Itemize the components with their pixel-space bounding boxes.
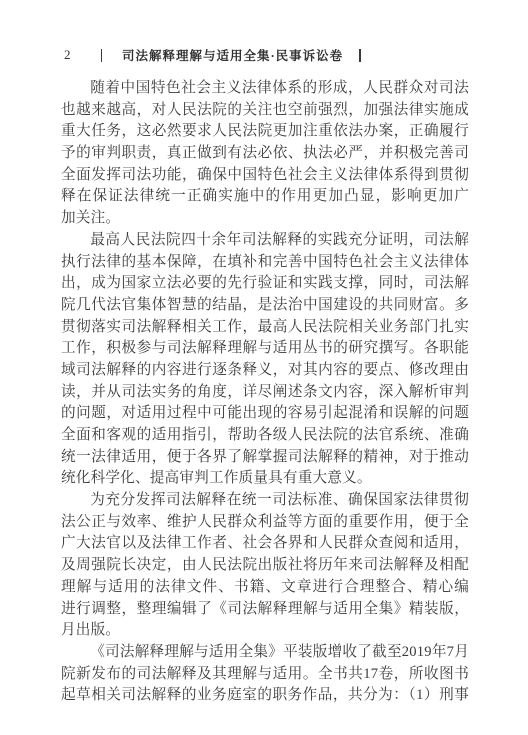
page-header: 2 司法解释理解与适用全集·民事诉讼卷 [64,46,361,64]
text-line: 域司法解释的内容进行逐条释义，对其内容的要点、修改理由进行重点解 [61,360,469,382]
text-line: 起草相关司法解释的业务庭室的职务作品，共分为：（1）刑事卷；（2）刑 [61,685,469,707]
book-page: 2 司法解释理解与适用全集·民事诉讼卷 随着中国特色社会主义法律体系的形成，人民… [0,0,528,735]
paragraph: 《司法解释理解与适用全集》平装版增收了截至2019年7月最高人民法院新发布的司法… [61,642,469,707]
text-line: 重大任务，这必然要求人民法院更加注重依法办案，正确履行宪法和法律赋 [61,121,469,143]
text-line: 出，成为国家立法必要的先行验证和实践支撑，同时，司法解释也是全国法 [61,273,469,295]
text-line: 广大法官以及法律工作者、社会各界和人民群众查阅和适用，最高人民法院 [61,533,469,555]
text-line: 为充分发挥司法解释在统一司法标准、确保国家法律贯彻实施、保障司 [61,490,469,512]
text-line: 释在保证法律统一正确实施中的作用更加凸显，影响更加广泛，社会各界更 [61,186,469,208]
text-line: 予的审判职责，真正做到有法必依、执法必严，并积极完善司法工作机制， [61,143,469,165]
paragraph: 随着中国特色社会主义法律体系的形成，人民群众对司法的要求和期待也越来越高，对人民… [61,78,469,230]
text-line: 进行调整，整理编辑了《司法解释理解与适用全集》精装版，已于2018年8 [61,599,469,621]
text-line: 理解与适用的法律文件、书籍、文章进行合理整合、精心编排，对部分内容 [61,577,469,599]
header-divider-right [359,49,361,62]
text-line: 《司法解释理解与适用全集》平装版增收了截至2019年7月最高人民法 [61,642,469,664]
text-line: 的问题，对适用过程中可能出现的容易引起混淆和误解的问题进行了尽可能 [61,403,469,425]
text-line: 月出版。 [61,620,469,642]
text-line: 工作，积极参与司法解释理解与适用丛书的研究撰写。各职能部门对相关领 [61,338,469,360]
header-divider-left [101,49,103,62]
text-line: 全面和客观的适用指引，帮助各级人民法院的法官系统、准确理解与适用， [61,425,469,447]
text-line: 加关注。 [61,208,469,230]
page-body: 随着中国特色社会主义法律体系的形成，人民群众对司法的要求和期待也越来越高，对人民… [61,78,469,707]
book-title: 司法解释理解与适用全集·民事诉讼卷 [122,46,343,64]
text-line: 读，并从司法实务的角度，详尽阐述条文内容，深入解析审判实践中应注意 [61,382,469,404]
text-line: 统一法律适用，便于各界了解掌握司法解释的精神，对于推动我国法律的系 [61,447,469,469]
paragraph: 为充分发挥司法解释在统一司法标准、确保国家法律贯彻实施、保障司法公正与效率、维护… [61,490,469,642]
text-line: 及周强院长决定，由人民法院出版社将历年来司法解释及相配套的司法解释 [61,555,469,577]
text-line: 贯彻落实司法解释相关工作，最高人民法院相关业务部门扎实推进司法解释 [61,317,469,339]
text-line: 随着中国特色社会主义法律体系的形成，人民群众对司法的要求和期待 [61,78,469,100]
text-line: 院几代法官集体智慧的结晶，是法治中国建设的共同财富。多年来，为深入 [61,295,469,317]
page-number: 2 [64,47,71,63]
paragraph: 最高人民法院四十余年司法解释的实践充分证明，司法解释不仅是贯彻执行法律的基本保障… [61,230,469,490]
text-line: 法公正与效率、维护人民群众利益等方面的重要作用，便于全国各级法院和 [61,512,469,534]
text-line: 也越来越高，对人民法院的关注也空前强烈，加强法律实施成为法治建设的 [61,100,469,122]
text-line: 院新发布的司法解释及其理解与适用。全书共17卷，所收图书及文章均为 [61,664,469,686]
text-line: 执行法律的基本保障，在填补和完善中国特色社会主义法律体系方面作用突 [61,252,469,274]
text-line: 全面发挥司法功能，确保中国特色社会主义法律体系得到贯彻落实。司法解 [61,165,469,187]
text-line: 统化科学化、提高审判工作质量具有重大意义。 [61,468,469,490]
text-line: 最高人民法院四十余年司法解释的实践充分证明，司法解释不仅是贯彻 [61,230,469,252]
